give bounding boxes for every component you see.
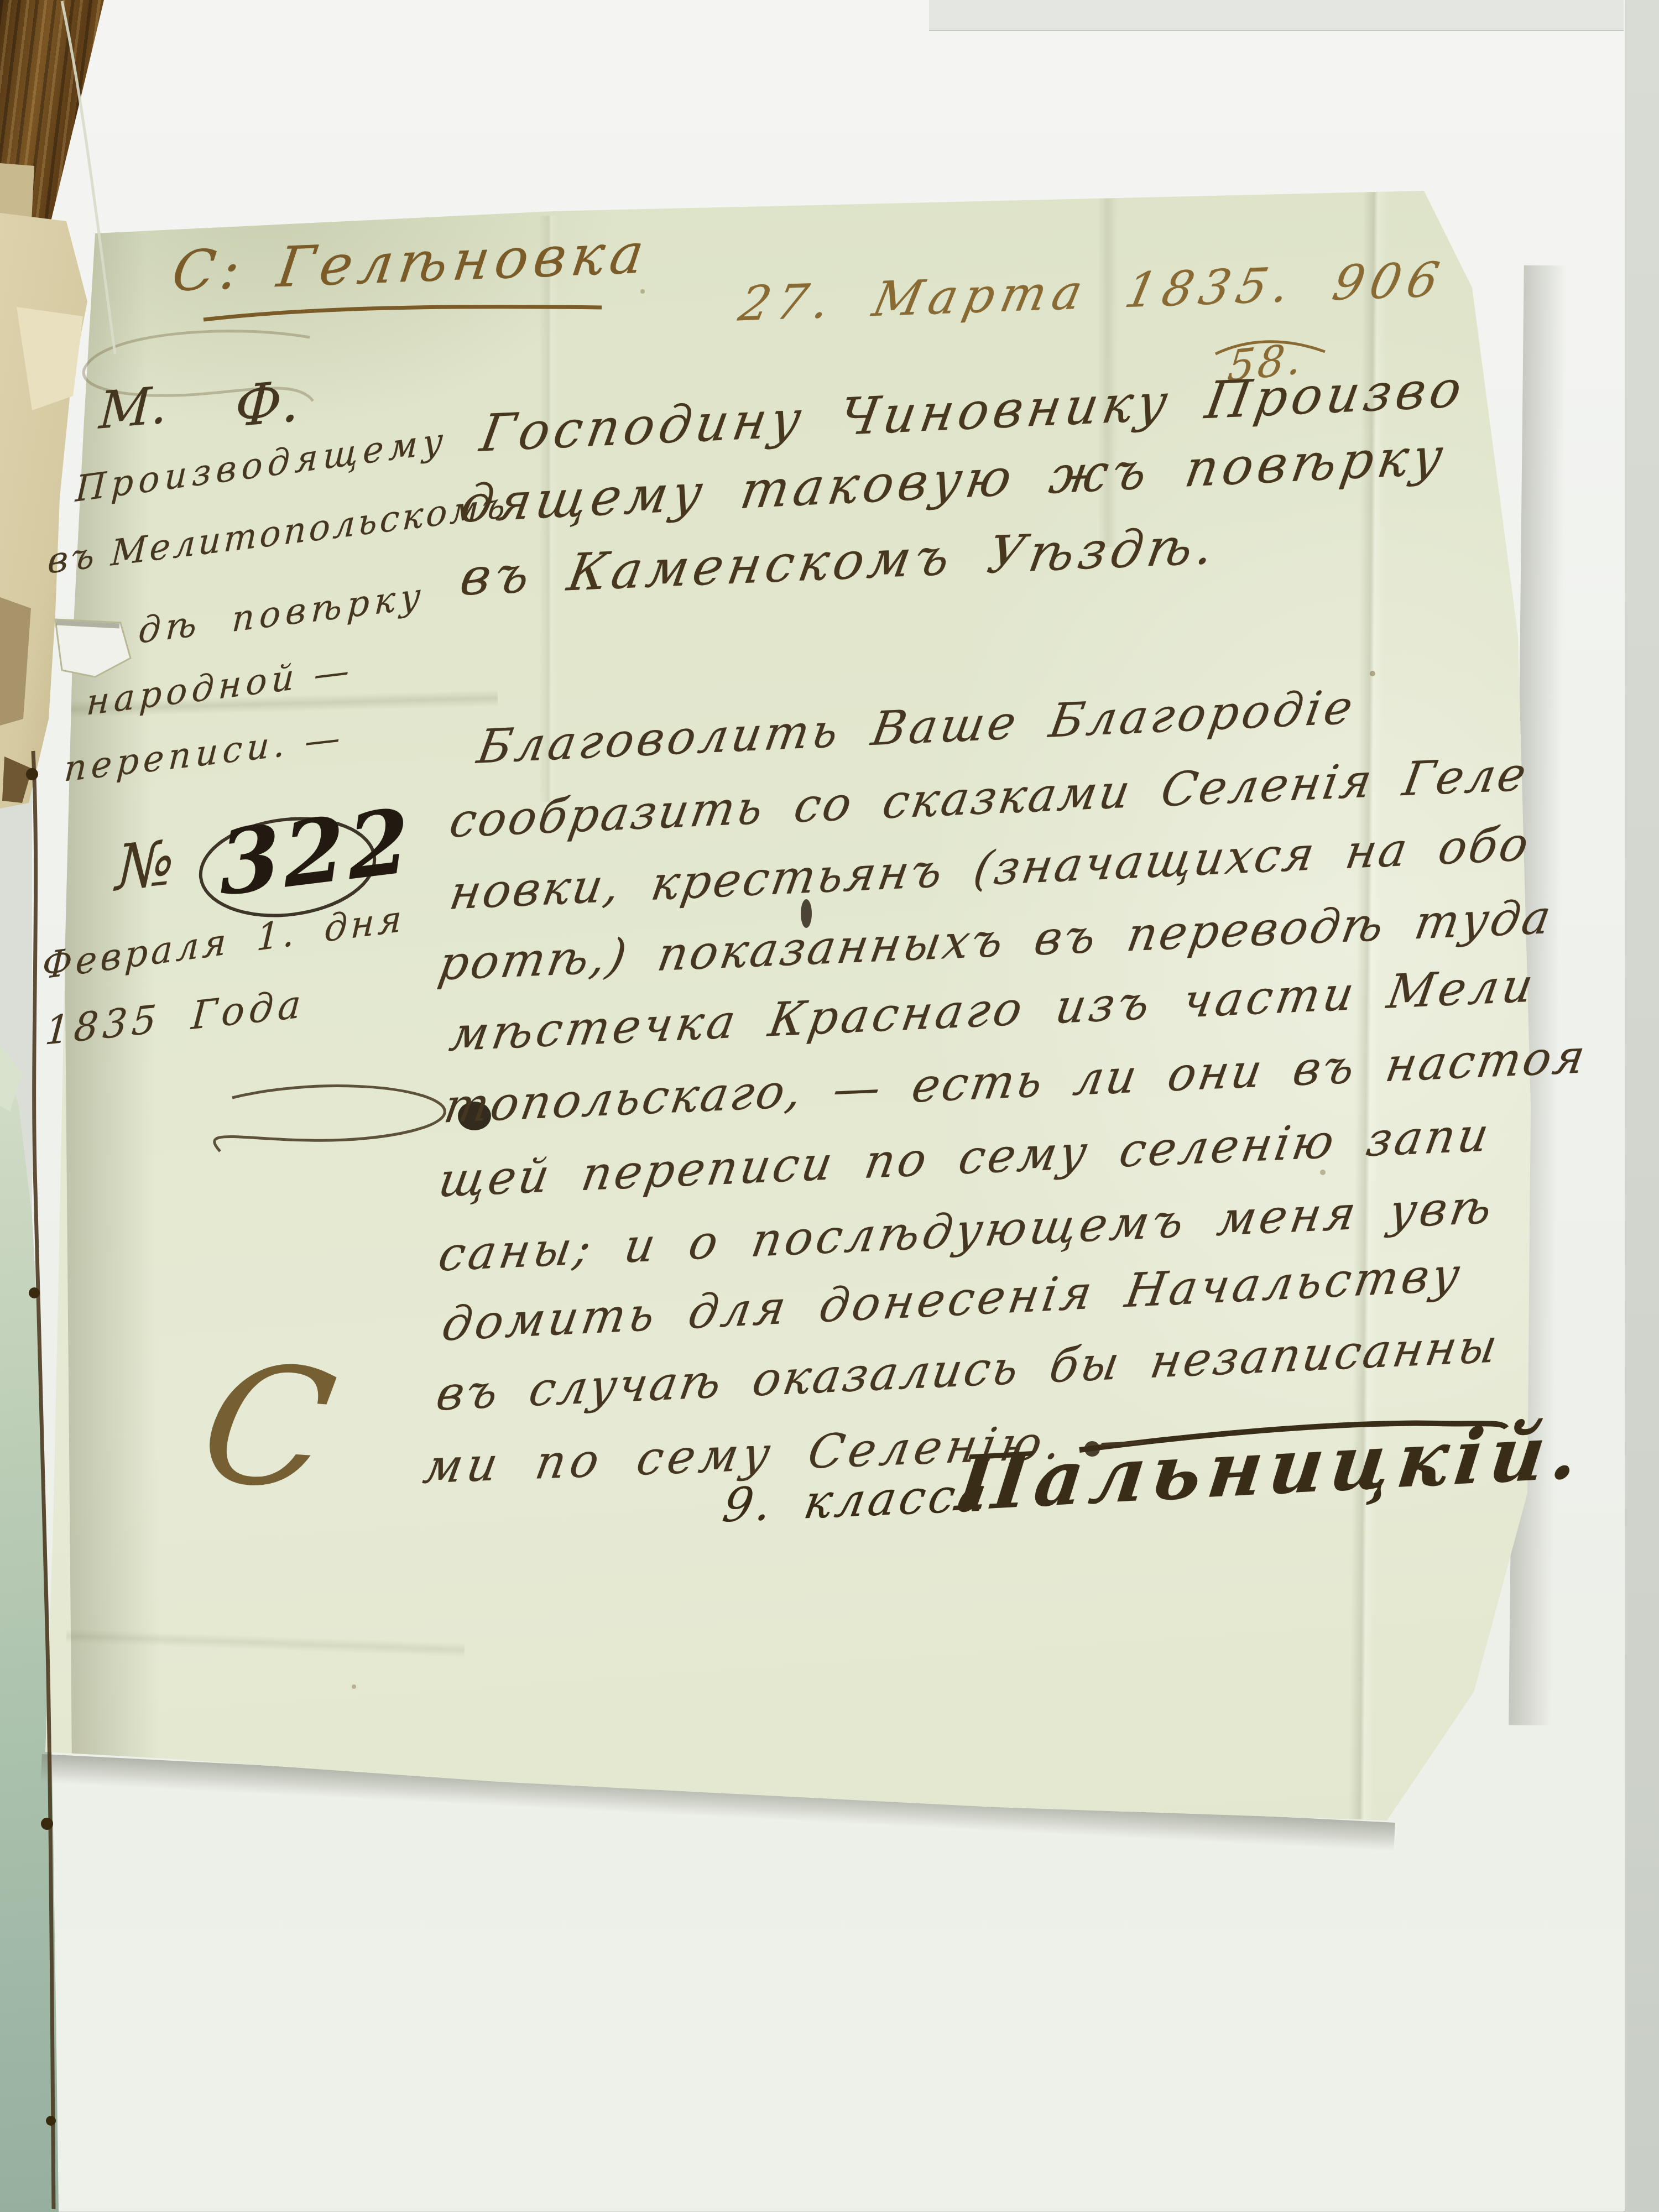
- margin-initial-f: Ф.: [233, 372, 301, 437]
- backing-sheet-top-edge: [929, 0, 1624, 31]
- margin-initial-m: М.: [98, 378, 169, 438]
- table-surface-strip: [1624, 0, 1659, 2212]
- case-number: 322: [217, 794, 415, 910]
- archival-photo: С: Гелѣновка 27. Марта 1835. 906 58. М. …: [0, 0, 1659, 2212]
- case-number-sign: №: [115, 830, 176, 902]
